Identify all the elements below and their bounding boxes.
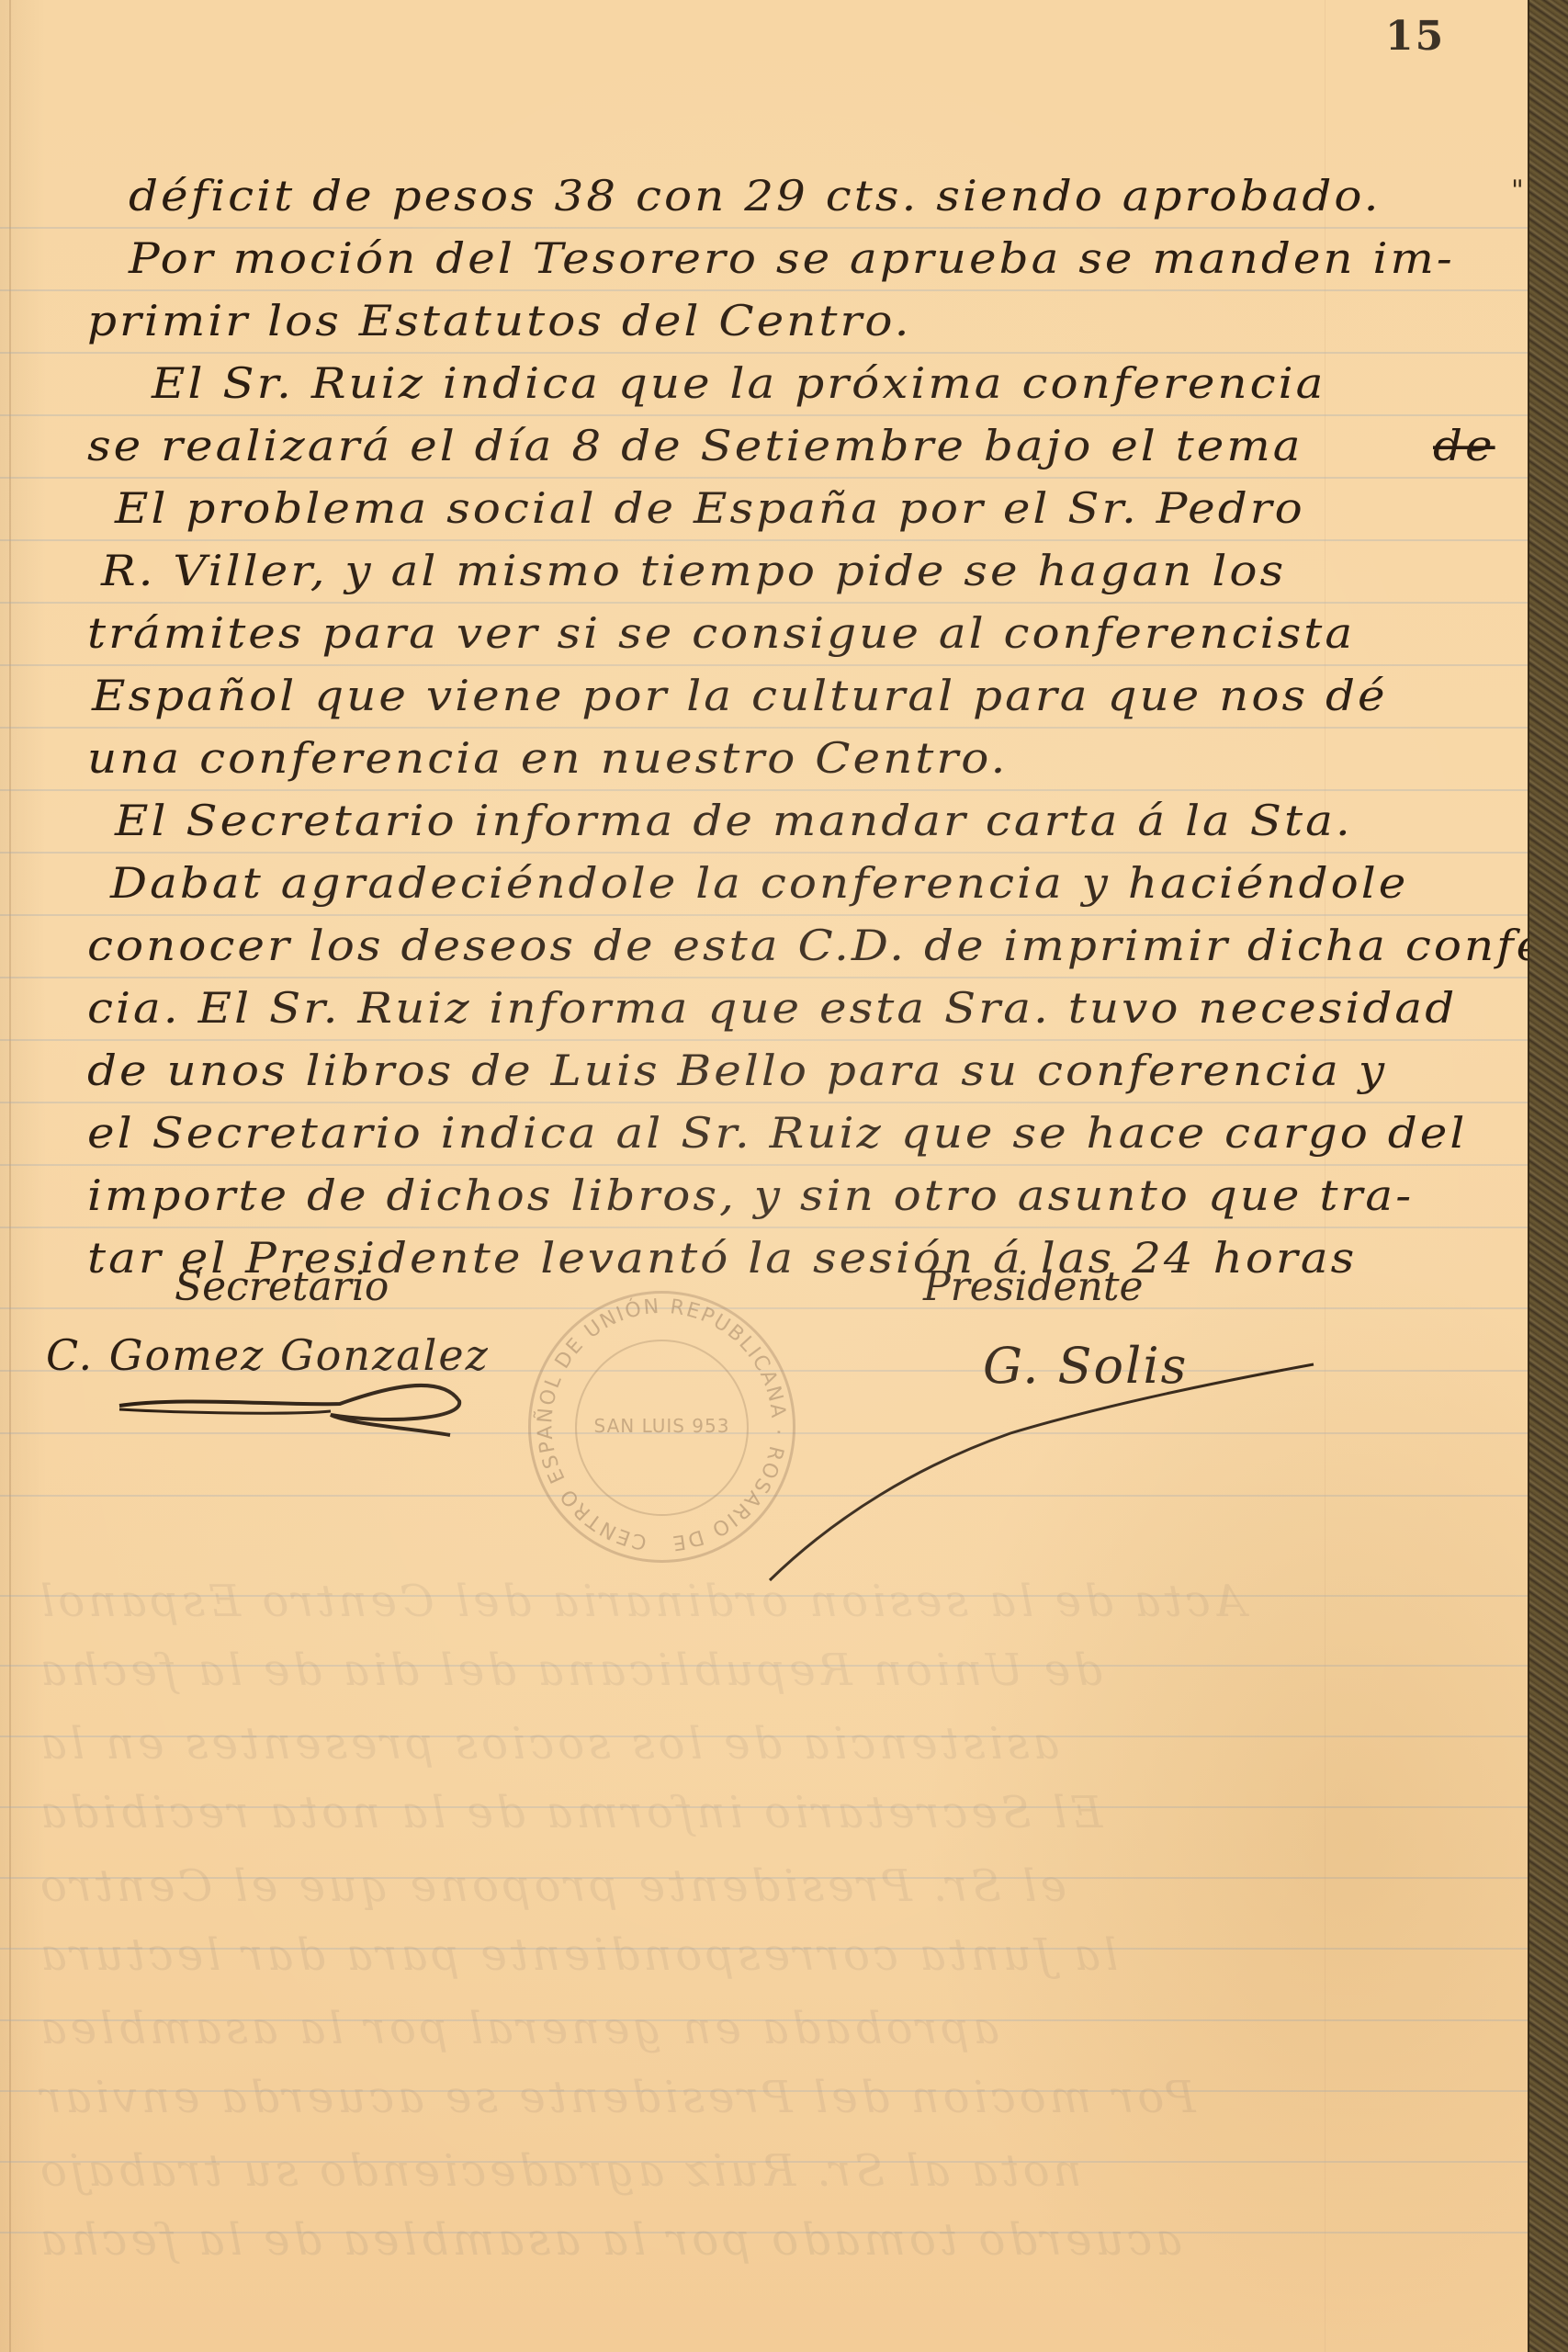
ruled-line: [0, 852, 1529, 854]
president-flourish: [753, 1360, 1323, 1589]
ruled-line: [0, 1102, 1529, 1103]
secretary-signature: C. Gomez Gonzalez: [46, 1330, 490, 1380]
minutes-line: Español que viene por la cultural para q…: [92, 672, 1388, 720]
ruled-line: [0, 727, 1529, 729]
minutes-line: conocer los deseos de esta C.D. de impri…: [87, 922, 1529, 970]
secretary-flourish: [110, 1378, 478, 1442]
bleed-through-text: de Union Republicana del dia de la fecha: [37, 1645, 1102, 1696]
secretary-label: Secretario: [175, 1263, 389, 1310]
minutes-line: El Secretario informa de mandar carta á …: [115, 797, 1353, 845]
organization-stamp: CENTRO ESPAÑOL DE UNIÓN REPUBLICANA · RO…: [528, 1291, 795, 1563]
ruled-line: [0, 414, 1529, 416]
ruled-line: [0, 977, 1529, 978]
ruled-line: [0, 789, 1529, 791]
minutes-line: trámites para ver si se consigue al conf…: [87, 609, 1355, 658]
ledger-binding-edge: [1528, 0, 1568, 2352]
ruled-line: [0, 914, 1529, 916]
bleed-through-text: Por mocion del Presidente se acuerda env…: [37, 2072, 1196, 2123]
struck-out-word: de: [1433, 422, 1495, 470]
bleed-through-text: nota al Sr. Ruiz agradeciendo su trabajo: [37, 2145, 1081, 2197]
minutes-line: el Secretario indica al Sr. Ruiz que se …: [87, 1109, 1467, 1158]
margin-mark: ": [1511, 175, 1524, 207]
minutes-line: se realizará el día 8 de Setiembre bajo …: [87, 422, 1303, 470]
ruled-line: [0, 1164, 1529, 1166]
ledger-page: Acta de la sesion ordinaria del Centro E…: [0, 0, 1529, 2352]
minutes-line: cia. El Sr. Ruiz informa que esta Sra. t…: [87, 984, 1457, 1033]
minutes-line: primir los Estatutos del Centro.: [87, 297, 912, 345]
minutes-line: importe de dichos libros, y sin otro asu…: [87, 1171, 1414, 1220]
minutes-line: Por moción del Tesorero se aprueba se ma…: [129, 234, 1455, 283]
ruled-line: [0, 352, 1529, 354]
ruled-line: [0, 602, 1529, 604]
president-label: Presidente: [923, 1263, 1144, 1310]
page-number: 15: [1385, 13, 1445, 60]
minutes-line: El problema social de España por el Sr. …: [115, 484, 1305, 533]
ruled-line: [0, 1227, 1529, 1228]
bleed-through-text: la Junta correspondiente para dar lectur…: [37, 1929, 1118, 1981]
stamp-inner-ring: SAN LUIS 953: [575, 1340, 749, 1516]
bleed-through-text: asistencia de los socios presentes en la: [37, 1718, 1059, 1770]
stamp-center-text: SAN LUIS 953: [577, 1415, 747, 1437]
ruled-line: [0, 664, 1529, 666]
bleed-through-text: acuerdo tomado por la asamblea de la fec…: [37, 2214, 1182, 2266]
bleed-through-text: aprobada en general por la asamblea: [37, 2003, 999, 2054]
minutes-line: Dabat agradeciéndole la conferencia y ha…: [110, 859, 1408, 908]
minutes-line: R. Viller, y al mismo tiempo pide se hag…: [101, 547, 1286, 595]
minutes-line: déficit de pesos 38 con 29 cts. siendo a…: [129, 172, 1381, 220]
ruled-line: [0, 227, 1529, 229]
minutes-line: de unos libros de Luis Bello para su con…: [87, 1046, 1387, 1095]
bleed-through-text: El Secretario informa de la nota recibid…: [37, 1787, 1102, 1838]
ruled-line: [0, 289, 1529, 291]
ruled-line: [0, 1039, 1529, 1041]
bleed-through-text: el Sr. Presidente propone que el Centro: [37, 1860, 1066, 1912]
minutes-line: una conferencia en nuestro Centro.: [87, 734, 1008, 783]
minutes-line: El Sr. Ruiz indica que la próxima confer…: [152, 359, 1325, 408]
ruled-line: [0, 539, 1529, 541]
ruled-line: [0, 477, 1529, 479]
